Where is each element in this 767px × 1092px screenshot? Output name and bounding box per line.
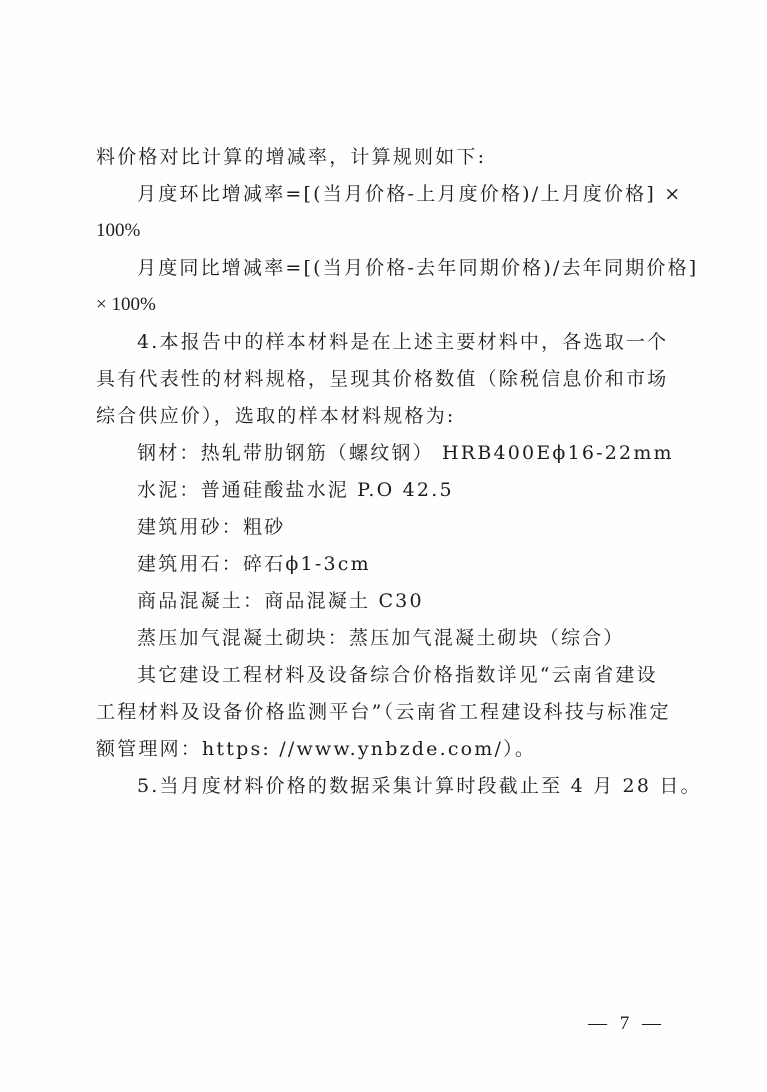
item-4-line-1: 4.本报告中的样本材料是在上述主要材料中，各选取一个 [137, 330, 668, 354]
item-4-line-2: 具有代表性的材料规格，呈现其价格数值（除税信息价和市场 [96, 367, 668, 391]
sample-concrete: 商品混凝土：商品混凝土 C30 [137, 589, 424, 613]
document-page: 料价格对比计算的增减率，计算规则如下: 月度环比增减率=[(当月价格-上月度价格… [0, 0, 767, 1092]
formula-mom-line: 月度环比增减率=[(当月价格-上月度价格)/上月度价格] × [137, 182, 682, 206]
other-materials-line-3: 额管理网：https: //www.ynbzde.com/）。 [96, 737, 536, 761]
sample-sand: 建筑用砂：粗砂 [137, 515, 285, 539]
page-number: — 7 — [588, 1013, 665, 1035]
item-5-line: 5.当月度材料价格的数据采集计算时段截止至 4 月 28 日。 [137, 774, 702, 798]
formula-yoy-continuation: × 100% [96, 293, 156, 317]
text-line-1: 料价格对比计算的增减率，计算规则如下: [96, 145, 486, 169]
sample-steel: 钢材：热轧带肋钢筋（螺纹钢） HRB400Eϕ16-22mm [137, 441, 674, 465]
formula-mom-continuation: 100% [96, 219, 140, 243]
sample-cement: 水泥：普通硅酸盐水泥 P.O 42.5 [137, 478, 454, 502]
other-materials-line-1: 其它建设工程材料及设备综合价格指数详见“云南省建设 [137, 663, 658, 687]
item-4-line-3: 综合供应价），选取的样本材料规格为: [96, 404, 456, 428]
other-materials-line-2: 工程材料及设备价格监测平台”（云南省工程建设科技与标准定 [96, 700, 671, 724]
sample-aac-block: 蒸压加气混凝土砌块：蒸压加气混凝土砌块（综合） [137, 626, 625, 650]
formula-yoy-line: 月度同比增减率=[(当月价格-去年同期价格)/去年同期价格] [137, 256, 698, 280]
sample-stone: 建筑用石：碎石ϕ1-3cm [137, 552, 371, 576]
